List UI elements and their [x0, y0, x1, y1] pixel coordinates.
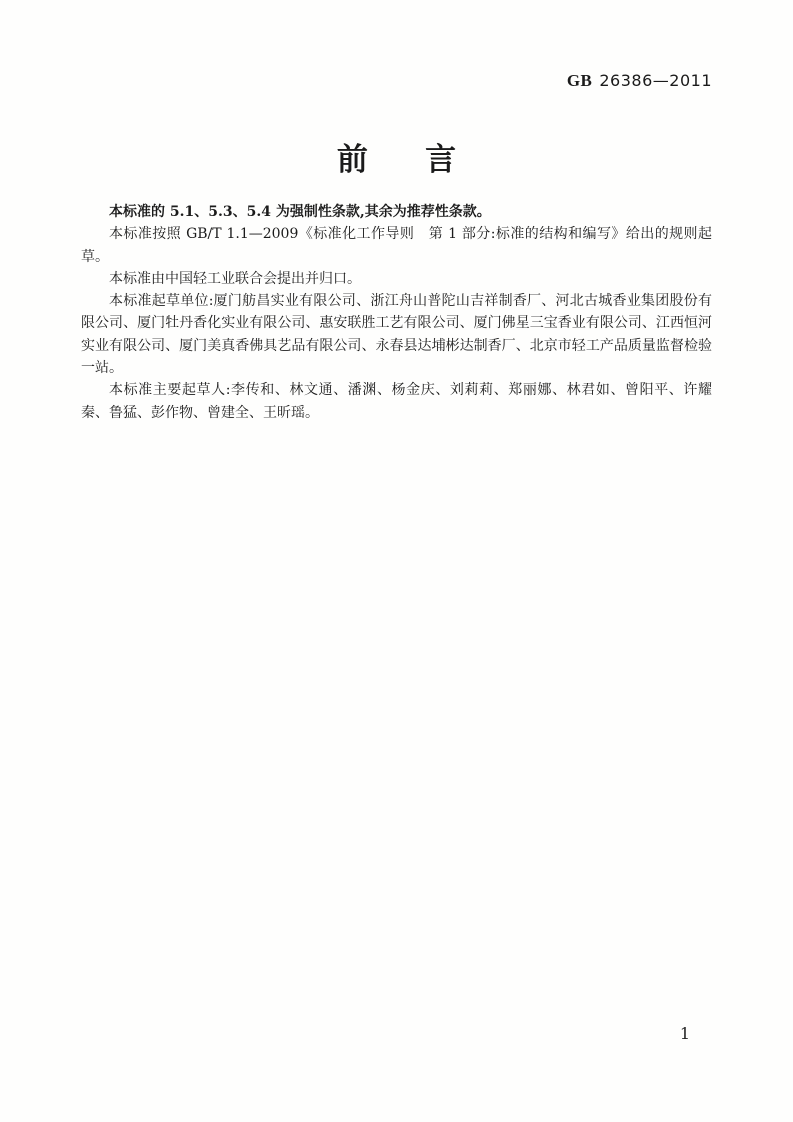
paragraph-drafting-rules: 本标准按照 GB/T 1.1—2009《标准化工作导则 第 1 部分:标准的结构… [81, 223, 712, 268]
paragraph-drafters: 本标准主要起草人:李传和、林文通、潘渊、杨金庆、刘莉莉、郑丽娜、林君如、曾阳平、… [81, 379, 712, 424]
document-body: 本标准的 5.1、5.3、5.4 为强制性条款,其余为推荐性条款。 本标准按照 … [81, 201, 712, 424]
page-number: 1 [680, 1024, 690, 1043]
standard-code-number: 26386—2011 [599, 71, 712, 90]
page-title: 前言 [279, 134, 513, 179]
paragraph-drafting-organizations: 本标准起草单位:厦门舫昌实业有限公司、浙江舟山普陀山吉祥制香厂、河北古城香业集团… [81, 290, 712, 379]
paragraph-proposed-by: 本标准由中国轻工业联合会提出并归口。 [81, 268, 712, 290]
paragraph-mandatory-clauses: 本标准的 5.1、5.3、5.4 为强制性条款,其余为推荐性条款。 [81, 201, 712, 223]
document-page: GB26386—2011 前言 本标准的 5.1、5.3、5.4 为强制性条款,… [0, 0, 793, 1122]
title-container: 前言 [0, 134, 793, 179]
standard-code-prefix: GB [567, 71, 593, 90]
standard-code: GB26386—2011 [567, 71, 712, 91]
